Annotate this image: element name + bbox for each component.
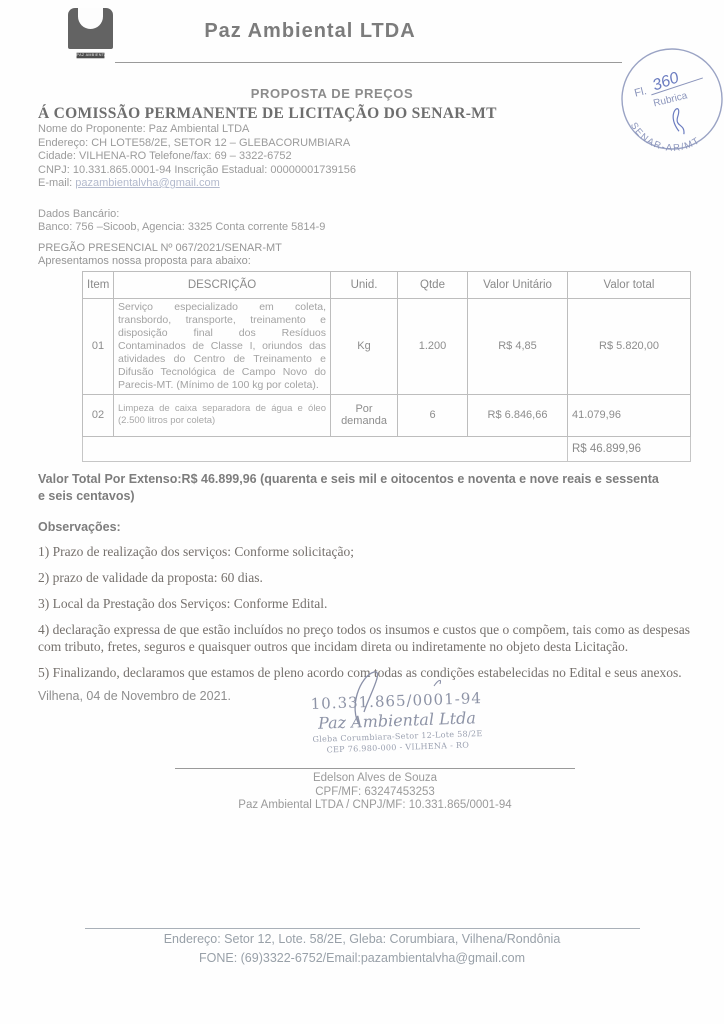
- registry-round-stamp: Fl. 360 Rubrica SENAR-AR/MT: [615, 40, 724, 158]
- stamp-signature-squiggle: [671, 108, 685, 135]
- row2-unid: Por demanda: [331, 394, 398, 436]
- company-ink-stamp: 10.331.865/0001-94 Paz Ambiental Ltda Gl…: [271, 688, 523, 757]
- total-row-spacer: [83, 436, 568, 461]
- price-table: Item DESCRIÇÃO Unid. Qtde Valor Unitário…: [82, 271, 691, 462]
- email-label: E-mail:: [38, 177, 75, 189]
- bank-data-line: Banco: 756 –Sicoob, Agencia: 3325 Conta …: [38, 221, 690, 235]
- pregao-block: PREGÃO PRESENCIAL Nº 067/2021/SENAR-MT A…: [38, 242, 690, 269]
- observation-item-1: 1) Prazo de realização dos serviços: Con…: [38, 543, 690, 560]
- proponent-block: Nome do Proponente: Paz Ambiental LTDA E…: [38, 123, 690, 191]
- table-row: 02 Limpeza de caixa separadora de água e…: [83, 394, 691, 436]
- row2-valor-unitario: R$ 6.846,66: [468, 394, 568, 436]
- proponent-address: Endereço: CH LOTE58/2E, SETOR 12 – GLEBA…: [38, 137, 690, 151]
- stamp-org-arc-text: SENAR-AR/MT: [627, 107, 703, 158]
- email-address: pazambientalvha@gmail.com: [75, 177, 219, 189]
- row2-item: 02: [83, 394, 114, 436]
- svg-text:SENAR-AR/MT: SENAR-AR/MT: [627, 107, 703, 158]
- table-row: 01 Serviço especializado em coleta, tran…: [83, 298, 691, 394]
- row1-valor-unitario: R$ 4,85: [468, 298, 568, 394]
- table-header-row: Item DESCRIÇÃO Unid. Qtde Valor Unitário…: [83, 271, 691, 298]
- proponent-name: Nome do Proponente: Paz Ambiental LTDA: [38, 123, 690, 137]
- addressee-heading: Á COMISSÃO PERMANENTE DE LICITAÇÃO DO SE…: [38, 105, 690, 123]
- col-header-qtde: Qtde: [398, 271, 468, 298]
- stamp-fl-label: Fl.: [633, 85, 648, 100]
- row1-item: 01: [83, 298, 114, 394]
- row2-valor-total: 41.079,96: [568, 394, 691, 436]
- signer-cpf: CPF/MF: 63247453253: [175, 786, 575, 800]
- pregao-intro-line: Apresentamos nossa proposta para abaixo:: [38, 255, 690, 269]
- observations-title: Observações:: [38, 520, 690, 534]
- document-body: Á COMISSÃO PERMANENTE DE LICITAÇÃO DO SE…: [0, 105, 724, 703]
- bank-data-title: Dados Bancário:: [38, 208, 690, 222]
- row1-unid: Kg: [331, 298, 398, 394]
- proponent-cnpj: CNPJ: 10.331.865.0001-94 Inscrição Estad…: [38, 164, 690, 178]
- proponent-city-phone: Cidade: VILHENA-RO Telefone/fax: 69 – 33…: [38, 150, 690, 164]
- row1-descricao: Serviço especializado em coleta, transbo…: [114, 298, 331, 394]
- header-divider: [115, 62, 622, 63]
- col-header-descricao: DESCRIÇÃO: [114, 271, 331, 298]
- row2-qtde: 6: [398, 394, 468, 436]
- col-header-unid: Unid.: [331, 271, 398, 298]
- signer-company-cnpj: Paz Ambiental LTDA / CNPJ/MF: 10.331.865…: [175, 799, 575, 813]
- col-header-item: Item: [83, 271, 114, 298]
- grand-total-value: R$ 46.899,96: [568, 436, 691, 461]
- observation-item-5: 5) Finalizando, declaramos que estamos d…: [38, 664, 690, 681]
- row1-valor-total: R$ 5.820,00: [568, 298, 691, 394]
- col-header-valor-unitario: Valor Unitário: [468, 271, 568, 298]
- company-title: Paz Ambiental LTDA: [0, 20, 620, 43]
- observation-item-2: 2) prazo de validade da proposta: 60 dia…: [38, 569, 690, 586]
- footer-divider: [85, 928, 640, 929]
- proponent-email-line: E-mail: pazambientalvha@gmail.com: [38, 177, 690, 191]
- stamp-fl-handwritten-value: 360: [650, 69, 681, 94]
- document-footer: Endereço: Setor 12, Lote. 58/2E, Gleba: …: [0, 928, 724, 966]
- col-header-valor-total: Valor total: [568, 271, 691, 298]
- signature-line: [175, 768, 575, 769]
- table-total-row: R$ 46.899,96: [83, 436, 691, 461]
- bank-data-block: Dados Bancário: Banco: 756 –Sicoob, Agen…: [38, 208, 690, 235]
- row1-qtde: 1.200: [398, 298, 468, 394]
- total-in-words: Valor Total Por Extenso:R$ 46.899,96 (qu…: [38, 471, 668, 505]
- footer-address: Endereço: Setor 12, Lote. 58/2E, Gleba: …: [0, 932, 724, 948]
- row2-descricao: Limpeza de caixa separadora de água e ól…: [114, 394, 331, 436]
- observation-item-4: 4) declaração expressa de que estão incl…: [38, 621, 690, 655]
- pregao-number-line: PREGÃO PRESENCIAL Nº 067/2021/SENAR-MT: [38, 242, 690, 256]
- logo-caption: PAZ AMBIENTAL: [77, 53, 105, 59]
- signer-name: Edelson Alves de Souza: [175, 772, 575, 786]
- scanned-proposal-document: PAZ AMBIENTAL Paz Ambiental LTDA Fl. 360…: [0, 0, 724, 1024]
- observation-item-3: 3) Local da Prestação dos Serviços: Conf…: [38, 595, 690, 612]
- signature-block: Edelson Alves de Souza CPF/MF: 632474532…: [175, 768, 575, 813]
- footer-phone-email: FONE: (69)3322-6752/Email:pazambientalvh…: [0, 951, 724, 967]
